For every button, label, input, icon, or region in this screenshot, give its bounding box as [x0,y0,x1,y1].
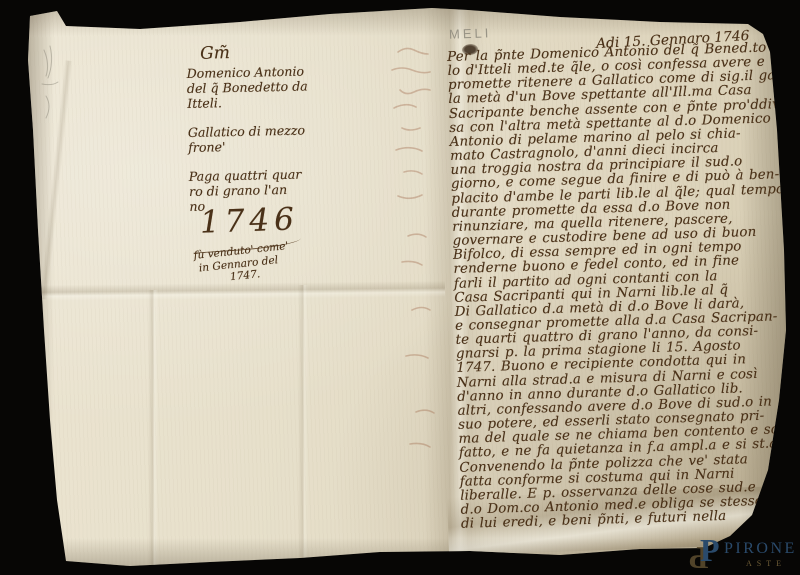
edge-shadow [24,0,54,575]
docket-year: 1746 [199,201,299,240]
watermark-name: PIRONE [724,540,797,558]
docket-monogram: Gm̃ [200,41,326,64]
watermark-subtitle: ASTE [746,559,786,568]
text-line: del q̃ Bonedetto da [187,78,327,96]
pencil-annotation: MELI [449,25,492,41]
docket-owner-lines: Domenico Antoniodel q̃ Bonedetto daIttel… [186,63,327,111]
watermark-p-icon: P [700,534,720,566]
watermark-monogram-icon: P P [688,534,722,574]
edge-shadow [0,538,800,575]
docket-property-lines: Gallatico di mezzofrone' [188,122,329,155]
manuscript-photo: Gm̃ Domenico Antoniodel q̃ Bonedetto daI… [0,0,800,575]
manuscript-paper: Gm̃ Domenico Antoniodel q̃ Bonedetto daI… [0,0,800,575]
watermark: P P PIRONE ASTE [688,536,800,575]
vertical-fold-crease [298,285,308,565]
vertical-fold-crease [148,290,158,570]
manuscript-body-text: Per la p̃nte Domenico Antonio del q̃ Ben… [447,41,800,532]
docket-block: Gm̃ Domenico Antoniodel q̃ Bonedetto daI… [186,41,330,214]
